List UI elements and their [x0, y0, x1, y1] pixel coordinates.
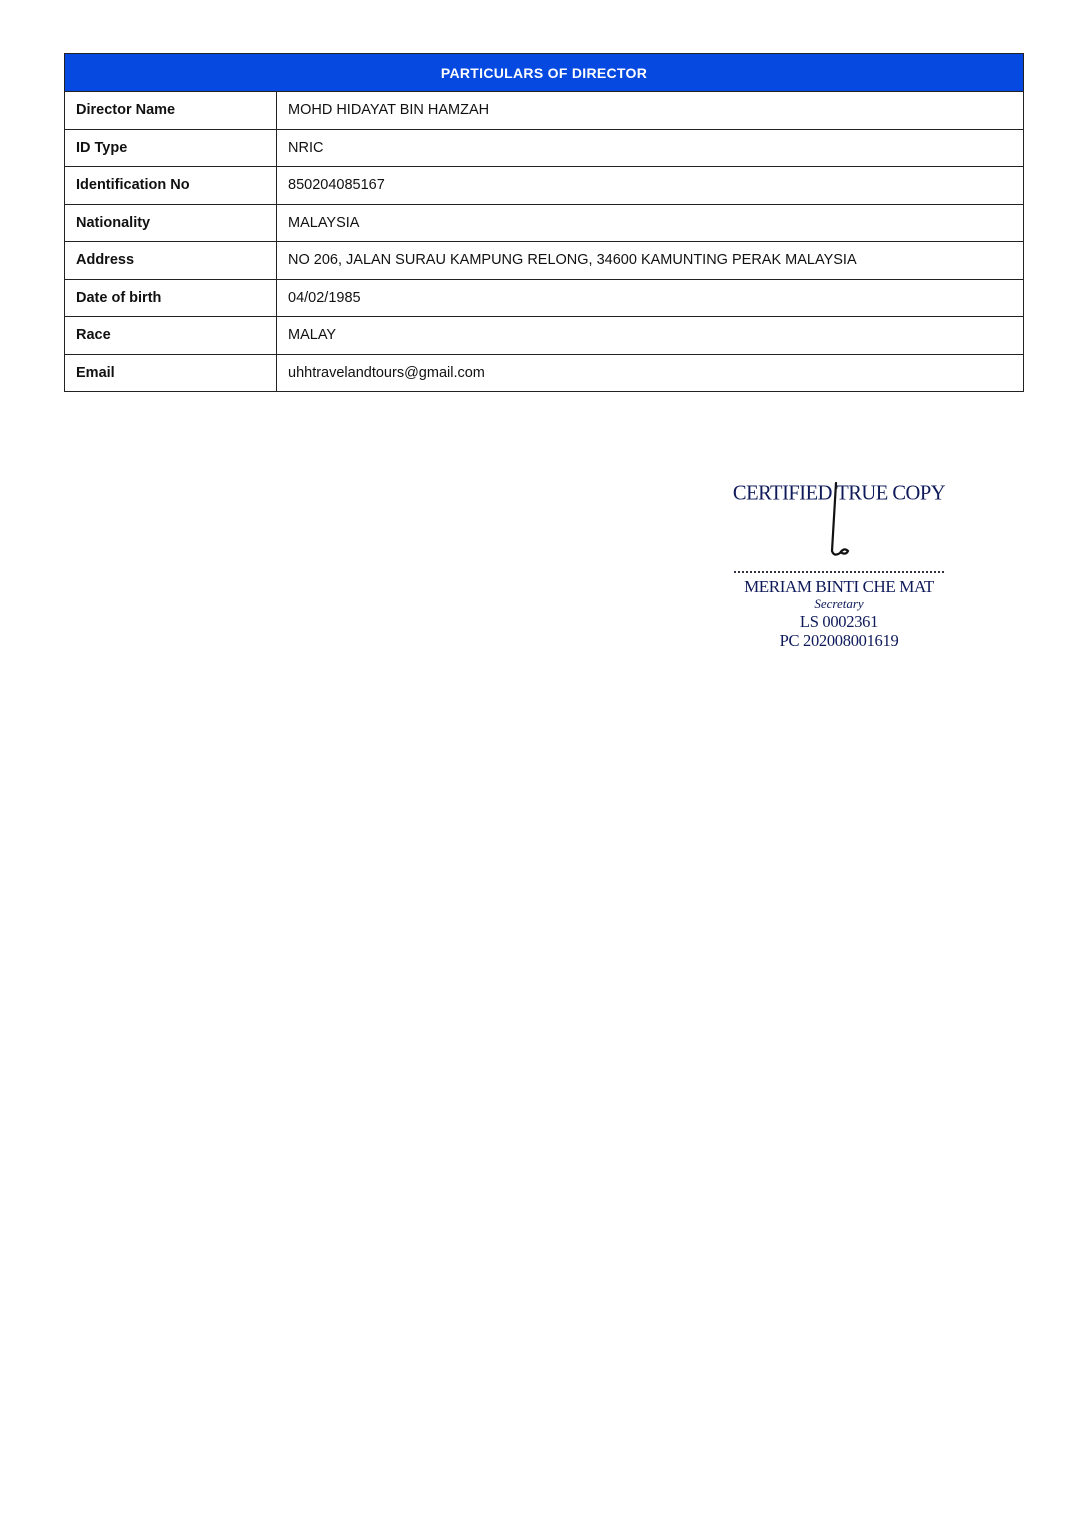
secretary-role: Secretary	[728, 596, 950, 612]
table-row: Director NameMOHD HIDAYAT BIN HAMZAH	[65, 92, 1024, 130]
signature-line	[734, 571, 944, 573]
row-label: Nationality	[65, 204, 277, 242]
signature-icon	[822, 481, 862, 561]
ls-number: LS 0002361	[728, 612, 950, 631]
table-row: AddressNO 206, JALAN SURAU KAMPUNG RELON…	[65, 242, 1024, 280]
table-row: RaceMALAY	[65, 317, 1024, 355]
row-value: 04/02/1985	[277, 279, 1024, 317]
table-row: Identification No850204085167	[65, 167, 1024, 205]
director-particulars-table: PARTICULARS OF DIRECTOR Director NameMOH…	[64, 53, 1024, 392]
certified-true-copy-stamp: CERTIFIED TRUE COPY MERIAM BINTI CHE MAT…	[728, 478, 950, 650]
row-value: 850204085167	[277, 167, 1024, 205]
row-label: Address	[65, 242, 277, 280]
pc-number: PC 202008001619	[728, 631, 950, 650]
row-label: ID Type	[65, 129, 277, 167]
row-value: uhhtravelandtours@gmail.com	[277, 354, 1024, 392]
row-value: MALAYSIA	[277, 204, 1024, 242]
row-label: Identification No	[65, 167, 277, 205]
signature	[728, 505, 950, 555]
table-row: ID TypeNRIC	[65, 129, 1024, 167]
row-value: MALAY	[277, 317, 1024, 355]
row-value: MOHD HIDAYAT BIN HAMZAH	[277, 92, 1024, 130]
table-row: Emailuhhtravelandtours@gmail.com	[65, 354, 1024, 392]
row-value: NO 206, JALAN SURAU KAMPUNG RELONG, 3460…	[277, 242, 1024, 280]
row-label: Email	[65, 354, 277, 392]
secretary-name: MERIAM BINTI CHE MAT	[728, 577, 950, 597]
table-title: PARTICULARS OF DIRECTOR	[65, 54, 1024, 92]
row-value: NRIC	[277, 129, 1024, 167]
table-row: NationalityMALAYSIA	[65, 204, 1024, 242]
table-row: Date of birth04/02/1985	[65, 279, 1024, 317]
row-label: Date of birth	[65, 279, 277, 317]
row-label: Director Name	[65, 92, 277, 130]
row-label: Race	[65, 317, 277, 355]
